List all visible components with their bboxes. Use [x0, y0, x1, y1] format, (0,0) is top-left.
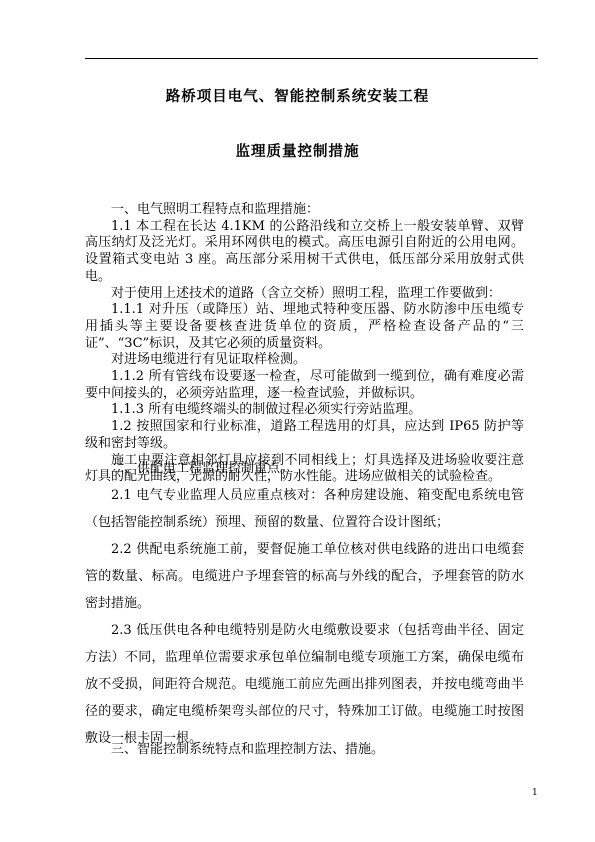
section-heading-2: 二、供配电工程监理控制重点。: [85, 455, 524, 482]
paragraph-1-1-3: 1.1.3 所有电缆终端头的制做过程必须实行旁站监理。: [85, 402, 524, 419]
document-subtitle: 监理质量控制措施: [0, 140, 595, 161]
header-rule: [85, 58, 538, 59]
paragraph-2-1: 2.1 电气专业监理人员应重点核对：各种房建设施、箱变配电系统电管（包括智能控制…: [85, 482, 524, 536]
section-heading-1: 一、电气照明工程特点和监理措施：: [85, 202, 524, 219]
paragraph-1-1-2: 1.1.2 所有管线布设要逐一检查，尽可能做到一缆到位，确有难度必需要中间接头的…: [85, 369, 524, 402]
section-3-body: 三、智能控制系统特点和监理控制方法、措施。: [85, 742, 524, 759]
section-heading-3: 三、智能控制系统特点和监理控制方法、措施。: [85, 742, 524, 759]
paragraph-requirements-intro: 对于使用上述技术的道路（含立交桥）照明工程，监理工作要做到：: [85, 286, 524, 303]
paragraph-2-2: 2.2 供配电系统施工前，要督促施工单位核对供电线路的进出口电缆套管的数量、标高…: [85, 536, 524, 617]
paragraph-cable-sampling: 对进场电缆进行有见证取样检测。: [85, 352, 524, 369]
section-2-body: 二、供配电工程监理控制重点。 2.1 电气专业监理人员应重点核对：各种房建设施、…: [85, 455, 524, 752]
paragraph-1-1-1: 1.1.1 对升压（或降压）站、埋地式特种变压器、防水防渗中压电缆专用插头等主要…: [85, 302, 524, 352]
paragraph-1-1: 1.1 本工程在长达 4.1KM 的公路沿线和立交桥上一般安装单臂、双臂高压纳灯…: [85, 219, 524, 286]
document-title: 路桥项目电气、智能控制系统安装工程: [0, 85, 595, 106]
paragraph-1-2: 1.2 按照国家和行业标准，道路工程选用的灯具，应达到 IP65 防护等级和密封…: [85, 419, 524, 452]
paragraph-2-3: 2.3 低压供电各种电缆特别是防火电缆敷设要求（包括弯曲半径、固定方法）不同，监…: [85, 617, 524, 752]
section-1-body: 一、电气照明工程特点和监理措施： 1.1 本工程在长达 4.1KM 的公路沿线和…: [85, 202, 524, 486]
page-number: 1: [532, 788, 538, 798]
